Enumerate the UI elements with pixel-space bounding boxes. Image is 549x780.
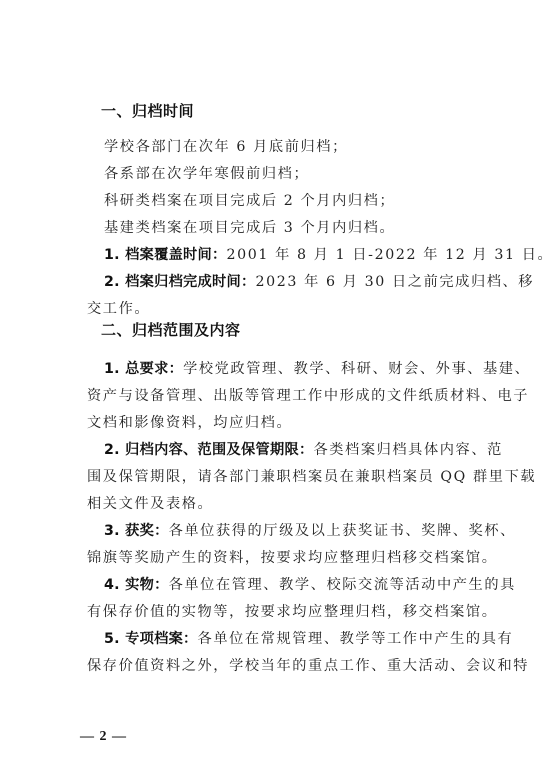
item-text: 各类档案归档具体内容、范 — [313, 442, 502, 458]
paragraph-line: 科研类档案在项目完成后 2 个月内归档； — [104, 191, 504, 211]
paragraph-line: 锦旗等奖励产生的资料，按要求均应整理归档移交档案馆。 — [87, 548, 487, 568]
paragraph-coverage-time: 1. 档案覆盖时间：2001 年 8 月 1 日-2022 年 12 月 31 … — [104, 245, 504, 265]
paragraph-completion-time: 2. 档案归档完成时间：2023 年 6 月 30 日之前完成归档、移 — [104, 272, 504, 292]
paragraph-special-archives: 5. 专项档案：各单位在常规管理、教学等工作中产生的具有 — [104, 629, 504, 649]
item-text: 2001 年 8 月 1 日-2022 年 12 月 31 日。 — [227, 247, 549, 263]
item-text: 学校党政管理、教学、科研、财会、外事、基建、 — [183, 361, 530, 377]
item-label: 2. 档案归档完成时间： — [104, 274, 256, 290]
paragraph-line: 保存价值资料之外，学校当年的重点工作、重大活动、会议和特 — [87, 656, 487, 676]
paragraph-line: 文档和影像资料，均应归档。 — [87, 413, 487, 433]
paragraph-line: 交工作。 — [87, 299, 487, 319]
item-label: 4. 实物： — [104, 577, 169, 593]
item-text: 各单位获得的厅级及以上获奖证书、奖牌、奖杯、 — [169, 523, 516, 539]
paragraph-line: 相关文件及表格。 — [87, 494, 487, 514]
item-text: 各单位在常规管理、教学等工作中产生的具有 — [198, 631, 514, 647]
paragraph-physical-items: 4. 实物：各单位在管理、教学、校际交流等活动中产生的具 — [104, 575, 504, 595]
item-text: 2023 年 6 月 30 日之前完成归档、移 — [256, 274, 535, 290]
paragraph-line: 资产与设备管理、出版等管理工作中形成的文件纸质材料、电子 — [87, 386, 487, 406]
item-label: 3. 获奖： — [104, 523, 169, 539]
section-heading-archive-scope: 二、归档范围及内容 — [101, 320, 241, 340]
item-label: 5. 专项档案： — [104, 631, 198, 647]
item-text: 各单位在管理、教学、校际交流等活动中产生的具 — [169, 577, 516, 593]
item-label: 2. 归档内容、范围及保管期限： — [104, 442, 313, 458]
paragraph-line: 各系部在次学年寒假前归档； — [104, 164, 504, 184]
paragraph-archive-content: 2. 归档内容、范围及保管期限：各类档案归档具体内容、范 — [104, 440, 504, 460]
page-number: — 2 — — [80, 729, 127, 745]
item-label: 1. 档案覆盖时间： — [104, 247, 227, 263]
paragraph-line: 学校各部门在次年 6 月底前归档； — [104, 137, 504, 157]
item-label: 1. 总要求： — [104, 361, 183, 377]
paragraph-line: 有保存价值的实物等，按要求均应整理归档，移交档案馆。 — [87, 602, 487, 622]
paragraph-awards: 3. 获奖：各单位获得的厅级及以上获奖证书、奖牌、奖杯、 — [104, 521, 504, 541]
section-heading-archive-time: 一、归档时间 — [101, 101, 194, 121]
paragraph-general-requirement: 1. 总要求：学校党政管理、教学、科研、财会、外事、基建、 — [104, 359, 504, 379]
paragraph-line: 基建类档案在项目完成后 3 个月内归档。 — [104, 218, 504, 238]
paragraph-line: 围及保管期限，请各部门兼职档案员在兼职档案员 QQ 群里下载 — [87, 467, 487, 487]
document-page: 一、归档时间 学校各部门在次年 6 月底前归档； 各系部在次学年寒假前归档； 科… — [0, 0, 549, 780]
